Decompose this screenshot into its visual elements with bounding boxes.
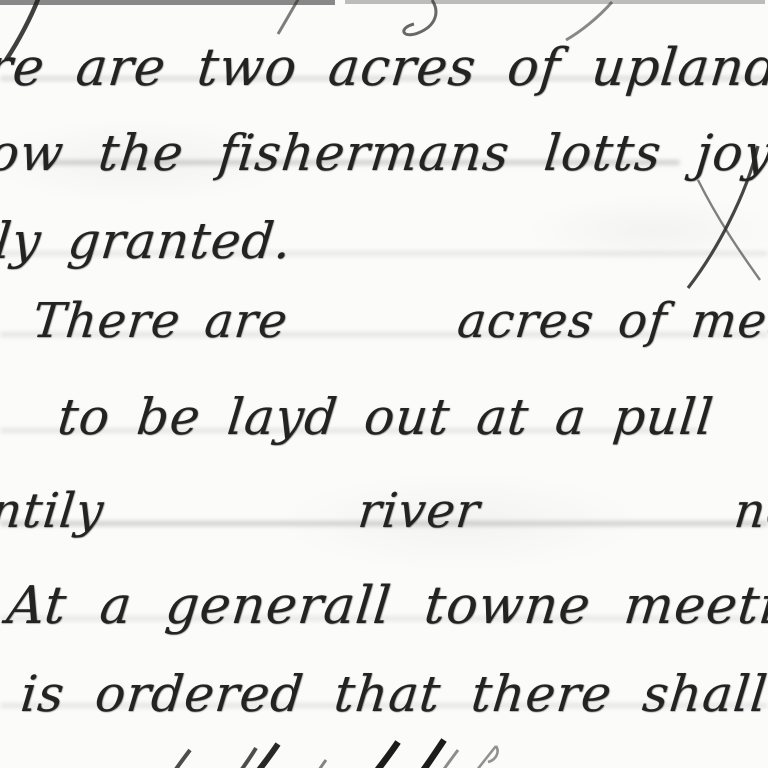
manuscript-line: At a generall towne meetin xyxy=(4,576,768,636)
manuscript-line: re are two acres of upland gr xyxy=(0,38,768,98)
manuscript-line: is ordered that there shall xyxy=(18,665,768,723)
manuscript-page: re are two acres of upland gr ow the fis… xyxy=(0,0,768,768)
manuscript-line: ntily river neck. xyxy=(0,483,768,539)
manuscript-line: There are acres of mead xyxy=(30,293,768,349)
ink-fragment-bottom xyxy=(0,736,768,768)
manuscript-line: ly granted. xyxy=(0,212,295,270)
manuscript-line: ow the fishermans lotts joy xyxy=(0,124,768,182)
manuscript-line: to be layd out at a pull xyxy=(55,388,717,446)
